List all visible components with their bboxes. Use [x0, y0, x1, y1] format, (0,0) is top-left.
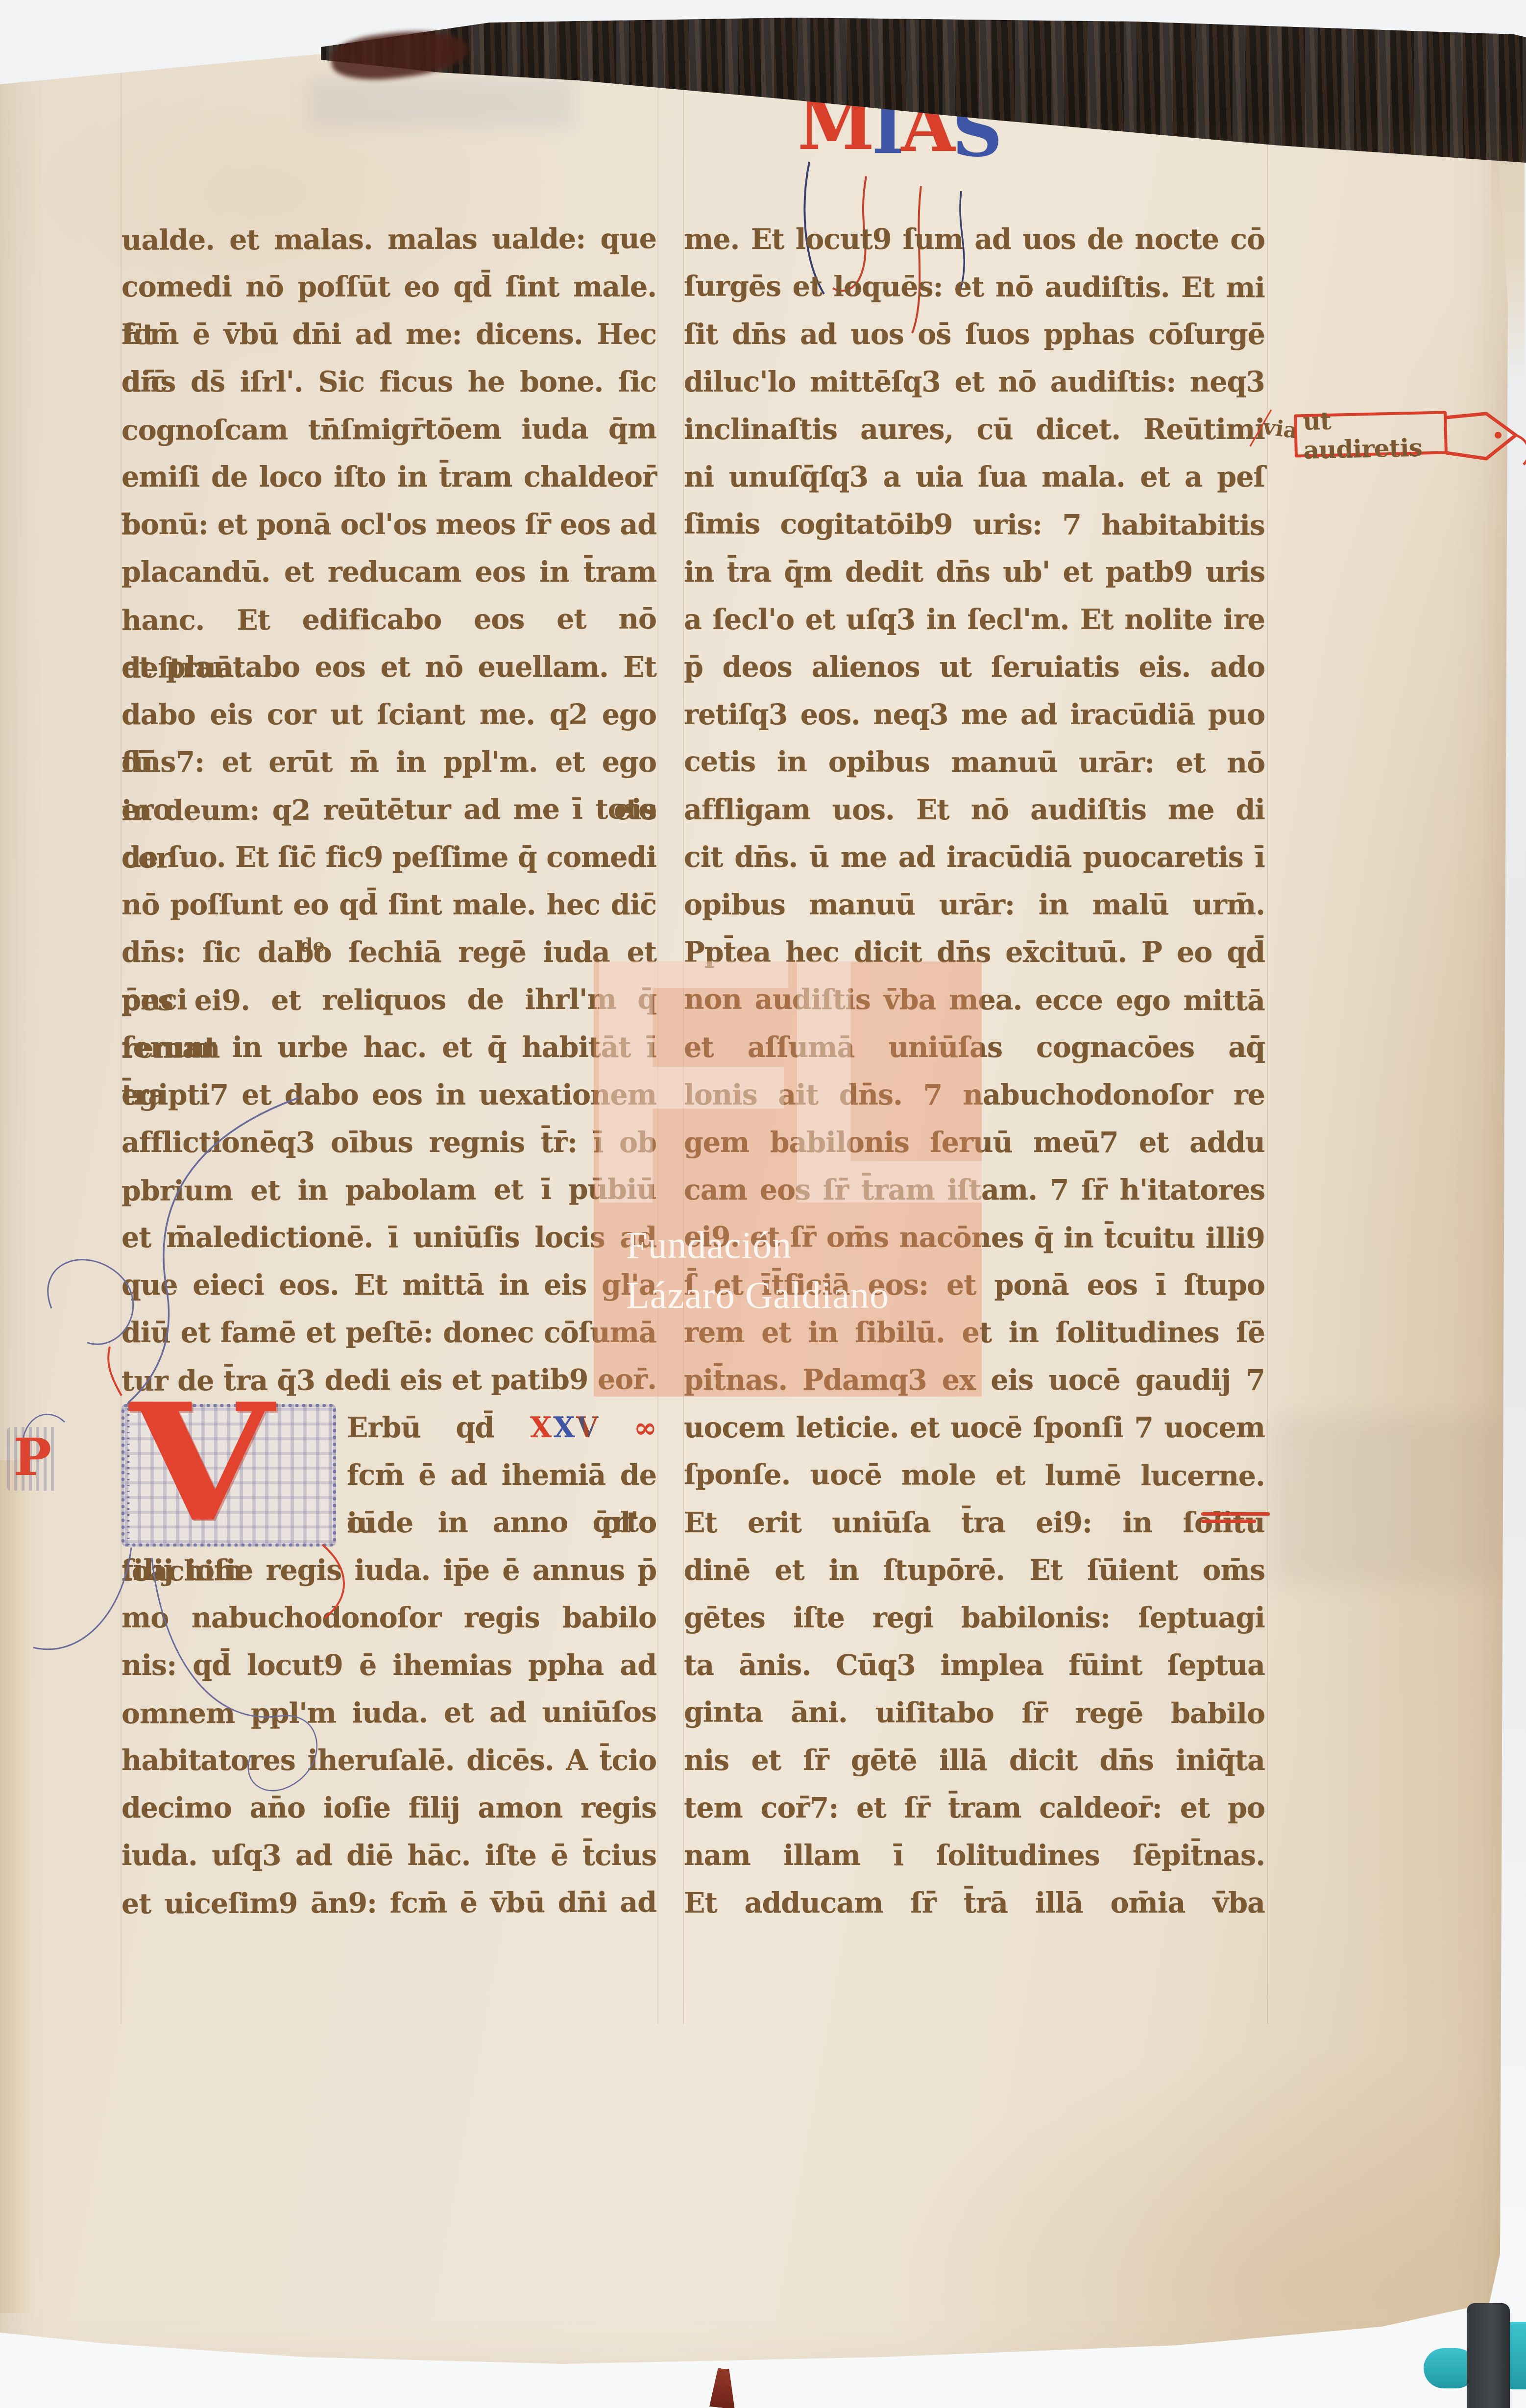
- interlinear-correction: de: [300, 934, 325, 956]
- ruling-line: [657, 74, 658, 2024]
- text-line: cognoſcam tn̄ſmigr̄tōem iuda q̄m: [121, 405, 656, 454]
- chapter-number: XXV: [529, 1411, 599, 1444]
- text-line: iuda. uſq3 ad diē hāc. iſte ē t̄cius: [121, 1832, 656, 1879]
- text-line: pit̄nas. Pdamq3 ex eis uocē gaudij 7: [684, 1356, 1265, 1404]
- chapter-numeral: X: [529, 1411, 552, 1444]
- text-line: gētes iſte regi babilonis: ſeptuagi: [684, 1594, 1265, 1642]
- text-line: ei9. et ſr̄ om̄s nacōnes q̄ in t̄cuitu i…: [684, 1213, 1265, 1262]
- chapter-heading-text: Erbū qd̄: [347, 1411, 494, 1444]
- cradle-strap: [1467, 2303, 1510, 2408]
- rubric-line-filler: [1201, 1512, 1270, 1525]
- leaf-fore-edge-left: [0, 1460, 31, 2313]
- text-line: tem cor̄7: et ſr̄ t̄ram caldeor̄: et po: [684, 1784, 1265, 1832]
- text-line: et aſſumā uniūſas cognacōes aq̄: [684, 1024, 1265, 1071]
- text-line: omnem ppl'm iuda. et ad uniūſos: [121, 1688, 656, 1737]
- ruling-line: [1267, 74, 1268, 2024]
- margin-paraph-p: P: [7, 1427, 58, 1491]
- text-line: ſit dn̄s ad uos os̄ ſuos pphas cōſurgē: [684, 311, 1265, 358]
- chapter-numeral: X: [552, 1411, 575, 1444]
- text-line: ginta āni. uiſitabo ſr̄ regē babilo: [684, 1688, 1265, 1737]
- text-line: me. Et locut9 ſum ad uos de nocte cō: [684, 216, 1265, 263]
- margin-correction-box: ut audiretis: [1294, 411, 1448, 457]
- text-line: Et erit uniūſa t̄ra ei9: in ſolitu: [684, 1499, 1265, 1547]
- text-line: cetis in opibus manuū urār: et nō: [684, 737, 1265, 786]
- text-line: uocem leticie. et uocē ſponſi 7 uocem: [684, 1404, 1265, 1451]
- text-line: et uiceſim9 ān9: fcm̄ ē v̄bū dn̄i ad: [121, 1878, 656, 1927]
- text-line: dn̄s: ſic dabo ſechiā regē iuda et p̄nci: [121, 929, 656, 976]
- text-line: Ppt̄ea hec dicit dn̄s ex̄cituū. P eo qd̄: [684, 929, 1265, 976]
- text-line: placandū. et reducam eos in t̄ram: [121, 548, 656, 596]
- text-line: opibus manuū urār: in malū urm̄.: [684, 881, 1265, 929]
- text-line: rem et in ſibilū. et in ſolitudines ſē: [684, 1309, 1265, 1356]
- margin-flag-icon: [1443, 410, 1526, 468]
- text-line: que eieci eos. Et mittā in eis gl'a: [121, 1261, 656, 1309]
- text-line: hanc. Et edificabo eos et nō deſtruā:: [121, 595, 656, 644]
- text-line: ſurgēs et loquēs: et nō audiſtis. Et mi: [684, 262, 1265, 311]
- text-line: egipti7 et dabo eos in uexationem: [121, 1071, 656, 1119]
- text-line: iude in anno q̄rto ioachim: [121, 1498, 656, 1547]
- text-line: lonis ait dn̄s. 7 nabuchodonoſor re: [684, 1071, 1265, 1119]
- text-line: Et adducam ſr̄ t̄rā illā om̄ia v̄ba: [684, 1879, 1265, 1927]
- ink-showthrough-smudge: [309, 78, 573, 127]
- text-line: ſponſe. uocē mole et lumē lucerne.: [684, 1450, 1265, 1499]
- text-line: dn̄s ds̄ iſrl'. Sic ficus he bone. ſic: [121, 358, 656, 406]
- ink-showthrough-smudge: [1274, 1416, 1499, 1583]
- text-line: habitatores iheruſalē. dicēs. A t̄cio: [121, 1737, 656, 1784]
- margin-letter-label: P: [13, 1427, 51, 1487]
- text-line: bonū: et ponā ocl'os meos ſr̄ eos ad: [121, 501, 656, 548]
- text-line: emiſi de loco iſto in t̄ram chaldeor̄ ī: [121, 453, 656, 501]
- text-line: diū et famē et peſtē: donec cōſumā: [121, 1309, 656, 1356]
- text-line: pes ei9. et reliquos de ihrl'm q̄ reman: [121, 975, 656, 1024]
- text-line: diluc'lo mittēſq3 et nō audiſtis: neq3: [684, 358, 1265, 406]
- text-line: nam illam ī ſolitudines ſēpit̄nas.: [684, 1832, 1265, 1879]
- text-line: ta ānis. Cūq3 implea fūint ſeptua: [684, 1642, 1265, 1689]
- text-line: ſ̄ et īt̄ficiā eos: et ponā eos ī ſtupo: [684, 1261, 1265, 1309]
- text-line: nō poſſunt eo qd̄ ſint male. hec dic̄: [121, 881, 656, 929]
- text-line: ni unuſq̄ſq3 a uia ſua mala. et a peſ: [684, 453, 1265, 501]
- text-line: affligam uos. Et nō audiſtis me di: [684, 786, 1265, 834]
- margin-correction-label: ut audiretis: [1303, 404, 1445, 465]
- text-line: retiſq3 eos. neq3 me ad iracūdiā puo: [684, 691, 1265, 738]
- text-line: ualde. et malas. malas ualde: que: [121, 215, 656, 264]
- text-line: et m̄aledictionē. ī uniūſis locis ad: [121, 1214, 656, 1261]
- text-column-right: me. Et locut9 ſum ad uos de nocte cōſurg…: [684, 216, 1265, 1927]
- text-line: dn̄s7: et erūt m̄ in ppl'm. et ego ero e…: [121, 738, 656, 786]
- text-line: dinē et in ſtupōrē. Et ſūient om̄s: [684, 1547, 1265, 1594]
- text-line: gem babilonis ſeruū meū7 et addu: [684, 1119, 1265, 1166]
- text-line: mo nabuchodonoſor regis babilo: [121, 1594, 656, 1642]
- text-line: in deum: q2 reūtētur ad me ī toto cor: [121, 785, 656, 834]
- text-line: nis et ſr̄ gētē illā dicit dn̄s iniq̄ta: [684, 1737, 1265, 1784]
- text-line: cit dn̄s. ū me ad iracūdiā puocaretis ī: [684, 834, 1265, 881]
- rubric-flourish: ∞: [633, 1411, 656, 1444]
- text-line: a ſecl'o et uſq3 in ſecl'm. Et nolite ir…: [684, 596, 1265, 643]
- text-line: afflictionēq3 oībus regnis t̄r̄: ī ob: [121, 1119, 656, 1166]
- text-line: de ſuo. Et ſic̄ fic9 peſſime q̄ comedi: [121, 834, 656, 881]
- text-line: decimo an̄o ioſie filij amon regis: [121, 1784, 656, 1832]
- text-line: p̄ deos alienos ut ſeruiatis eis. ado: [684, 643, 1265, 691]
- text-line: comedi nō poſſūt eo qd̄ ſint male. Et: [121, 263, 656, 311]
- text-column-left: ualde. et malas. malas ualde: quecomedi …: [121, 216, 656, 1927]
- text-line: in t̄ra q̄m dedit dn̄s ub' et patb9 uris: [684, 548, 1265, 596]
- text-line: cam eos ſr̄ t̄ram iſtam. 7 ſr̄ h'itatore…: [684, 1166, 1265, 1214]
- text-line: dabo eis cor ut ſciant me. q2 ego ſū: [121, 691, 656, 738]
- chapter-numeral: V: [575, 1411, 598, 1444]
- photo-stage: MIAS ualde. et malas. malas ualde: queco…: [0, 0, 1526, 2408]
- text-line: fcm̄ ē v̄bū dn̄i ad me: dicens. Hec dic̄: [121, 311, 656, 358]
- text-line: ſimis cogitatōib9 uris: 7 habitabitis: [684, 500, 1265, 549]
- text-line: nis: qd̄ locut9 ē ihemias ppha ad: [121, 1642, 656, 1689]
- text-line: inclinaſtis aures, cū dicet. Reūtimi: [684, 406, 1265, 453]
- text-line: pbrium et in pabolam et ī pūbiū: [121, 1165, 656, 1214]
- text-line: non audiſtis v̄ba mea. ecce ego mittā: [684, 975, 1265, 1024]
